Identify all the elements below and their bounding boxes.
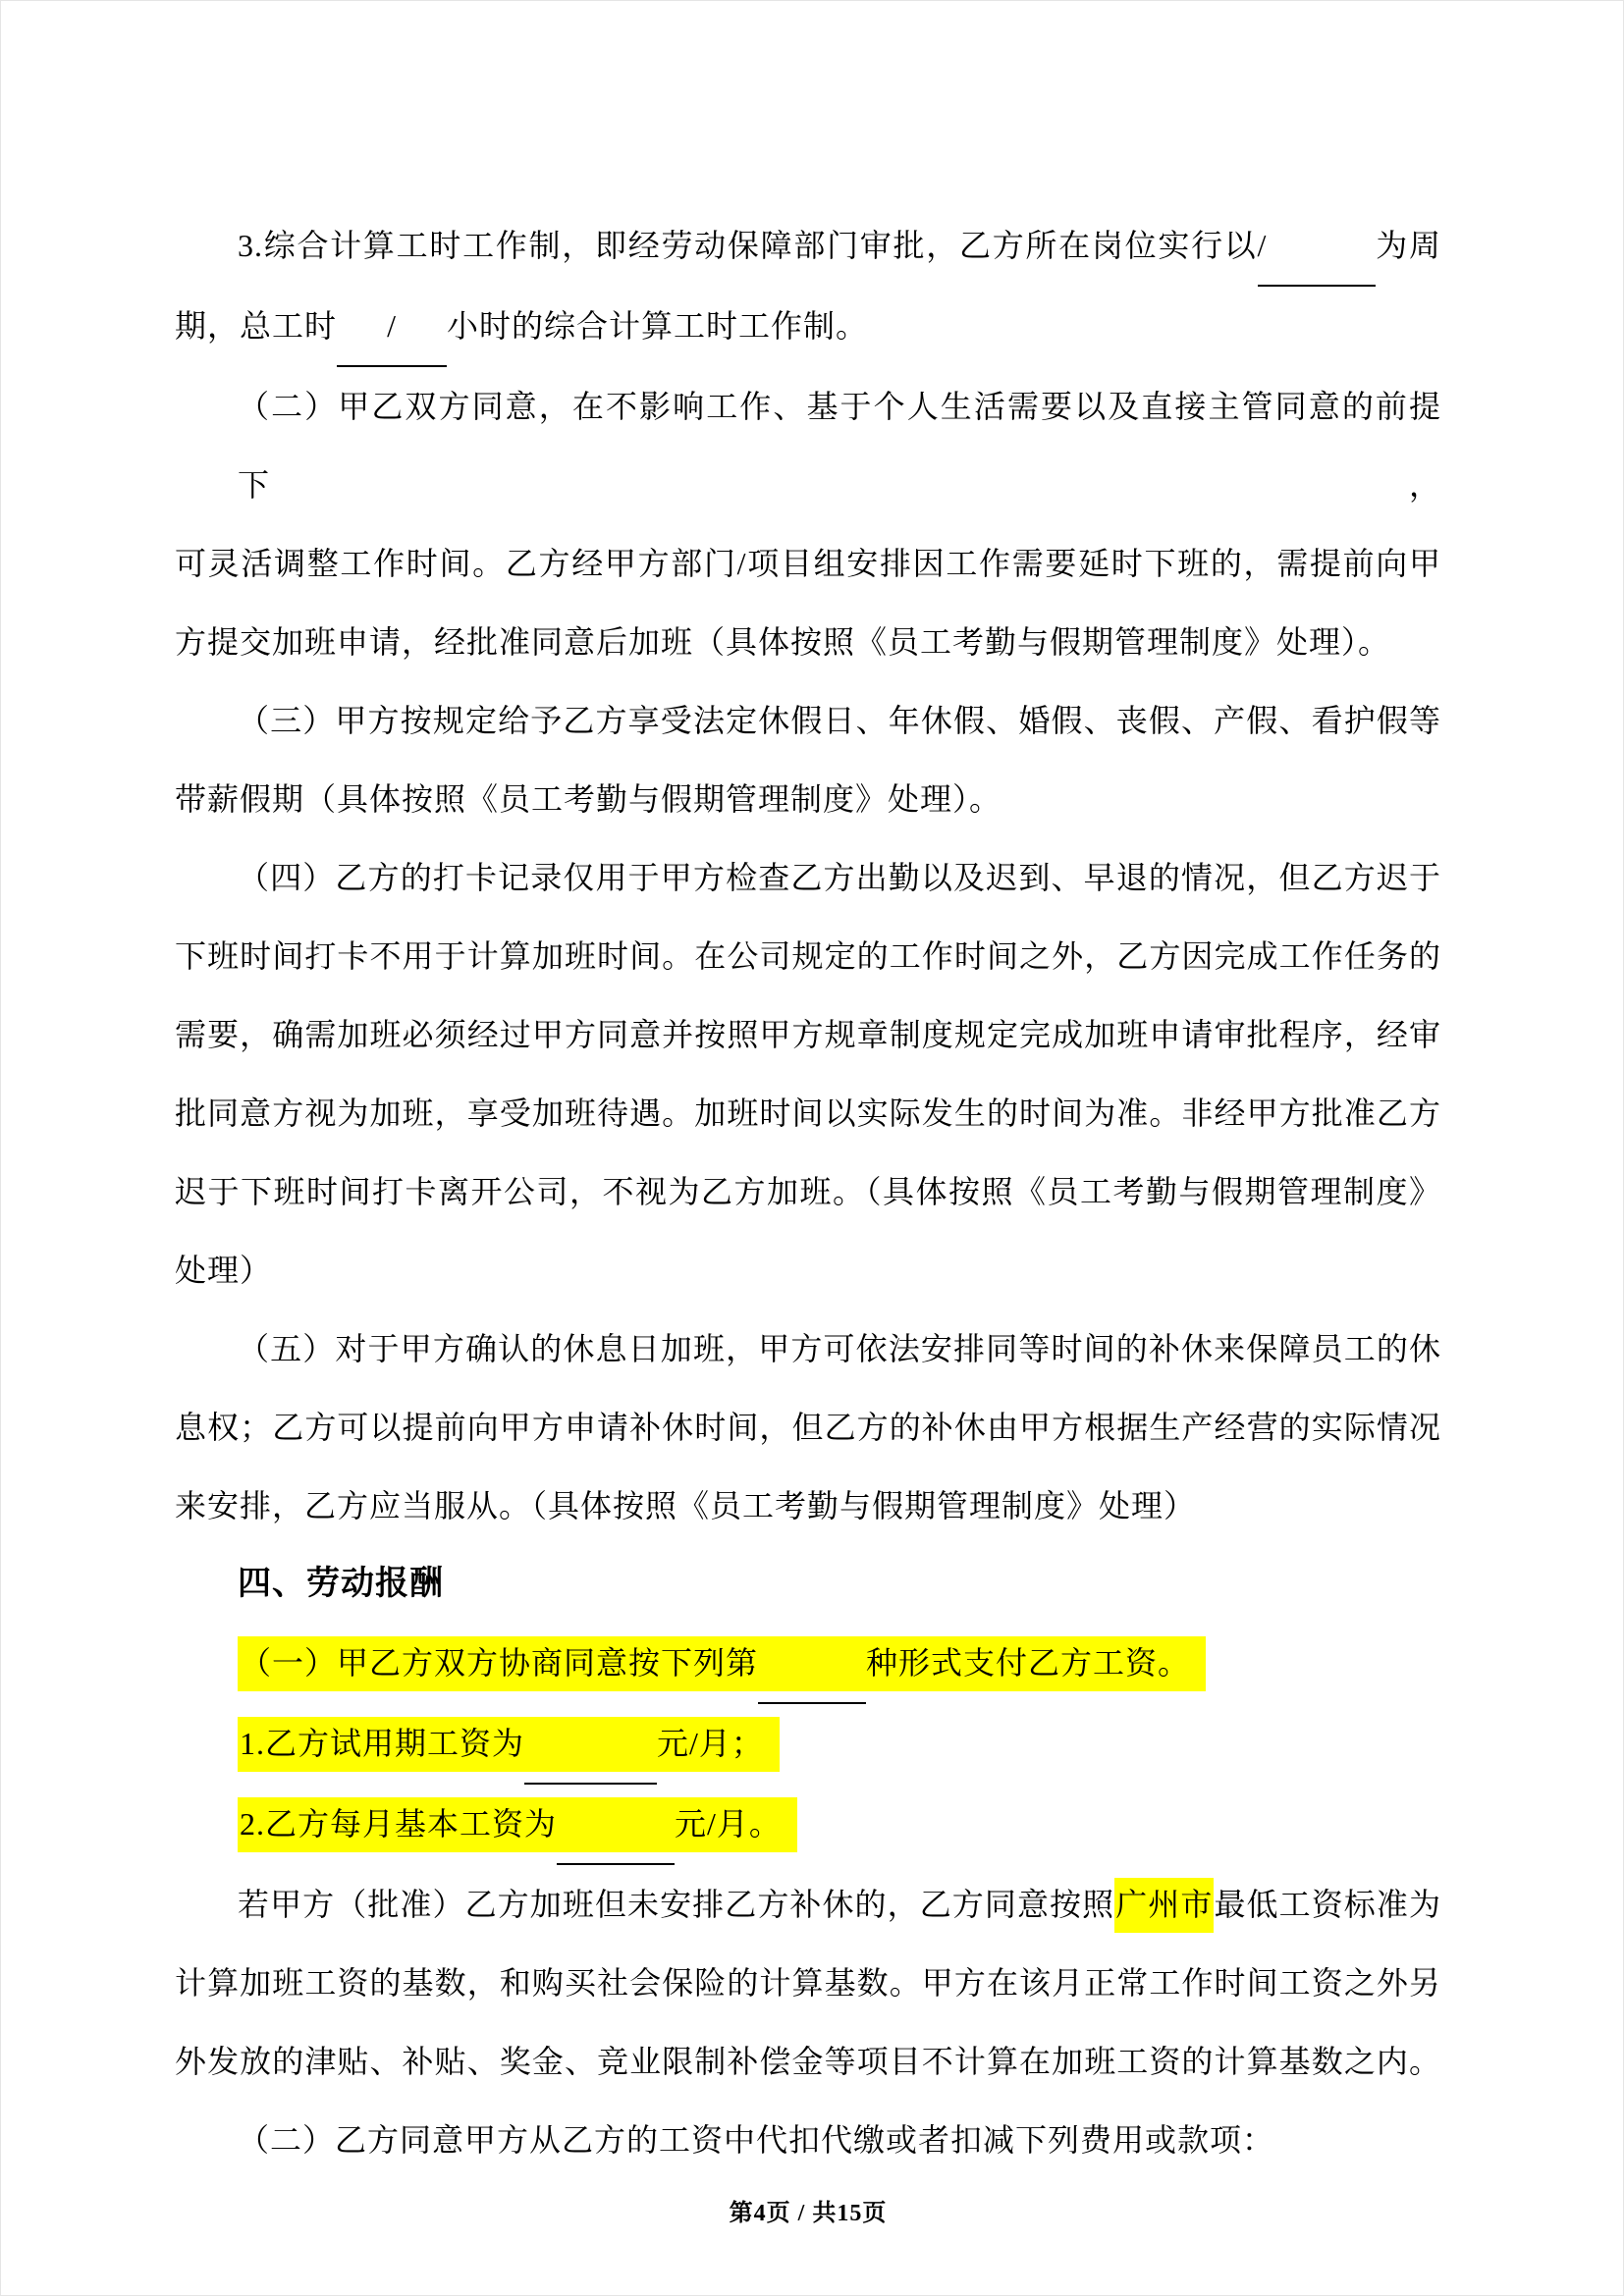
text-segment: （三）甲方按规定给予乙方享受法定休假日、年休假、婚假、丧假、产假、看护假等 (238, 703, 1441, 738)
text-segment: 迟于下班时间打卡离开公司，不视为乙方加班。（具体按照《员工考勤与假期管理制度》 (175, 1174, 1441, 1209)
line-02: 期，总工时/小时的综合计算工时工作制。 (175, 287, 1441, 367)
line-24: （二）乙方同意甲方从乙方的工资中代扣代缴或者扣减下列费用或款项： (175, 2101, 1441, 2179)
blank-field (557, 1785, 675, 1865)
text-segment: 批同意方视为加班，享受加班待遇。加班时间以实际发生的时间为准。非经甲方批准乙方 (175, 1095, 1441, 1131)
line-13: 处理） (175, 1231, 1441, 1309)
line-08: （四）乙方的打卡记录仅用于甲方检查乙方出勤以及迟到、早退的情况，但乙方迟于 (175, 838, 1441, 917)
text-segment: 若甲方（批准）乙方加班但未安排乙方补休的，乙方同意按照 (238, 1887, 1114, 1922)
text-segment: 3.综合计算工时工作制，即经劳动保障部门审批，乙方所在岗位实行以 (238, 228, 1258, 263)
text-segment: 需要，确需加班必须经过甲方同意并按照甲方规章制度规定完成加班申请审批程序，经审 (175, 1017, 1441, 1052)
contract-page: 3.综合计算工时工作制，即经劳动保障部门审批，乙方所在岗位实行以/为周期，总工时… (0, 0, 1624, 2296)
highlight-band: 1.乙方试用期工资为 元/月； (238, 1717, 780, 1772)
line-19: 1.乙方试用期工资为 元/月； (175, 1704, 1441, 1785)
blank-field: / (337, 287, 447, 367)
text-segment: 种形式支付乙方工资。 (866, 1645, 1190, 1681)
line-10: 需要，确需加班必须经过甲方同意并按照甲方规章制度规定完成加班申请审批程序，经审 (175, 995, 1441, 1074)
text-segment: 下班时间打卡不用于计算加班时间。在公司规定的工作时间之外，乙方因完成工作任务的 (175, 938, 1441, 974)
text-segment: 期，总工时 (175, 308, 337, 344)
line-04: 可灵活调整工作时间。乙方经甲方部门/项目组安排因工作需要延时下班的，需提前向甲 (175, 524, 1441, 603)
line-07: 带薪假期（具体按照《员工考勤与假期管理制度》处理）。 (175, 760, 1441, 838)
blank-field (524, 1704, 657, 1785)
line-09: 下班时间打卡不用于计算加班时间。在公司规定的工作时间之外，乙方因完成工作任务的 (175, 917, 1441, 995)
text-segment: 四、劳动报酬 (238, 1566, 444, 1602)
text-segment: 息权；乙方可以提前向甲方申请补休时间，但乙方的补休由甲方根据生产经营的实际情况 (175, 1410, 1441, 1445)
line-17: 四、劳动报酬 (175, 1545, 1441, 1624)
blank-field (758, 1624, 866, 1704)
highlight-band: （一）甲乙方双方协商同意按下列第 种形式支付乙方工资。 (238, 1636, 1206, 1691)
text-segment: （四）乙方的打卡记录仅用于甲方检查乙方出勤以及迟到、早退的情况，但乙方迟于 (238, 860, 1441, 895)
text-segment: （五）对于甲方确认的休息日加班，甲方可依法安排同等时间的补休来保障员工的休 (238, 1331, 1441, 1366)
text-segment: 最低工资标准为 (1214, 1887, 1441, 1922)
text-segment: （二）乙方同意甲方从乙方的工资中代扣代缴或者扣减下列费用或款项： (238, 2122, 1274, 2158)
line-06: （三）甲方按规定给予乙方享受法定休假日、年休假、婚假、丧假、产假、看护假等 (175, 681, 1441, 760)
line-15: 息权；乙方可以提前向甲方申请补休时间，但乙方的补休由甲方根据生产经营的实际情况 (175, 1388, 1441, 1467)
line-01: 3.综合计算工时工作制，即经劳动保障部门审批，乙方所在岗位实行以/为周 (175, 206, 1441, 287)
text-segment: 带薪假期（具体按照《员工考勤与假期管理制度》处理）。 (175, 781, 1001, 817)
text-segment: 来安排，乙方应当服从。（具体按照《员工考勤与假期管理制度》处理） (175, 1488, 1196, 1523)
text-segment: 为周 (1376, 228, 1441, 263)
text-segment: 1.乙方试用期工资为 (240, 1726, 524, 1761)
text-segment: 外发放的津贴、补贴、奖金、竞业限制补偿金等项目不计算在加班工资的计算基数之内。 (175, 2044, 1441, 2079)
text-segment: 元/月。 (675, 1806, 782, 1842)
text-segment: 方提交加班申请，经批准同意后加班（具体按照《员工考勤与假期管理制度》处理）。 (175, 624, 1390, 660)
text-segment: 计算加班工资的基数，和购买社会保险的计算基数。甲方在该月正常工作时间工资之外另 (175, 1965, 1441, 2001)
line-22: 计算加班工资的基数，和购买社会保险的计算基数。甲方在该月正常工作时间工资之外另 (175, 1944, 1441, 2022)
line-12: 迟于下班时间打卡离开公司，不视为乙方加班。（具体按照《员工考勤与假期管理制度》 (175, 1152, 1441, 1231)
text-segment: 处理） (175, 1253, 272, 1288)
line-14: （五）对于甲方确认的休息日加班，甲方可依法安排同等时间的补休来保障员工的休 (175, 1309, 1441, 1388)
highlight-text: 广州市 (1114, 1878, 1214, 1933)
line-11: 批同意方视为加班，享受加班待遇。加班时间以实际发生的时间为准。非经甲方批准乙方 (175, 1074, 1441, 1152)
line-23: 外发放的津贴、补贴、奖金、竞业限制补偿金等项目不计算在加班工资的计算基数之内。 (175, 2022, 1441, 2101)
line-05: 方提交加班申请，经批准同意后加班（具体按照《员工考勤与假期管理制度》处理）。 (175, 603, 1441, 681)
text-segment: （二）甲乙双方同意，在不影响工作、基于个人生活需要以及直接主管同意的前提下， (238, 389, 1441, 503)
document-body: 3.综合计算工时工作制，即经劳动保障部门审批，乙方所在岗位实行以/为周期，总工时… (175, 206, 1441, 2179)
text-segment: 可灵活调整工作时间。乙方经甲方部门/项目组安排因工作需要延时下班的，需提前向甲 (175, 546, 1441, 581)
text-segment: （一）甲乙方双方协商同意按下列第 (240, 1645, 758, 1681)
line-21: 若甲方（批准）乙方加班但未安排乙方补休的，乙方同意按照广州市最低工资标准为 (175, 1865, 1441, 1944)
blank-field: / (1258, 206, 1376, 287)
text-segment: 元/月； (657, 1726, 764, 1761)
highlight-band: 2.乙方每月基本工资为 元/月。 (238, 1797, 797, 1852)
text-segment: 小时的综合计算工时工作制。 (447, 308, 868, 344)
page-footer: 第4页 / 共15页 (175, 2193, 1441, 2227)
line-20: 2.乙方每月基本工资为 元/月。 (175, 1785, 1441, 1865)
line-16: 来安排，乙方应当服从。（具体按照《员工考勤与假期管理制度》处理） (175, 1467, 1441, 1545)
line-03: （二）甲乙双方同意，在不影响工作、基于个人生活需要以及直接主管同意的前提下， (175, 367, 1441, 524)
text-segment: 2.乙方每月基本工资为 (240, 1806, 557, 1842)
line-18: （一）甲乙方双方协商同意按下列第 种形式支付乙方工资。 (175, 1624, 1441, 1704)
